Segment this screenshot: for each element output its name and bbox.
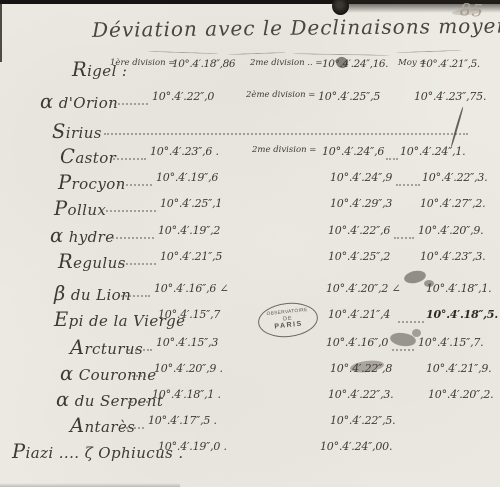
dotted-leader xyxy=(118,263,156,265)
division2-value: 10°.4′.25″,2 xyxy=(328,250,390,263)
dotted-leader xyxy=(398,321,424,323)
dotted-leader xyxy=(392,349,414,351)
star-name: α hydre xyxy=(50,224,115,247)
mean-value: 10°.4′.21″,9. xyxy=(426,362,491,375)
scan-edge-bottom xyxy=(0,483,180,487)
dotted-leader xyxy=(396,184,420,186)
division2-label: 2me division = xyxy=(252,145,316,155)
title-underline-flourish xyxy=(292,53,390,56)
star-name: Procyon xyxy=(58,171,126,194)
division1-value: 10°.4′.21″,5 xyxy=(160,250,222,263)
table-row: Antarès10°.4′.17″,5 .10°.4′.22″,5. xyxy=(0,414,500,438)
table-row: Sirius xyxy=(0,120,500,144)
mean-value: 10°.4′.21″,5. xyxy=(420,58,480,70)
table-row: Procyon10°.4′.19″,610°.4′.24″,910°.4′.22… xyxy=(0,171,500,195)
division1-value: 10°.4′.22″,0 xyxy=(152,90,214,103)
division2-value: 10°.4′.21″,4 xyxy=(328,308,390,321)
table-row: Regulus10°.4′.21″,510°.4′.25″,210°.4′.23… xyxy=(0,250,500,274)
table-row: Arcturus10°.4′.15″,310°.4′.16″,010°.4′.1… xyxy=(0,336,500,360)
mean-value: 10°.4′.27″,2. xyxy=(420,197,485,210)
table-row: α d'Orion10°.4′.22″,02ème division =10°.… xyxy=(0,90,500,114)
dotted-leader xyxy=(118,184,152,186)
mean-value: 10°.4′.18″,1. xyxy=(426,282,491,295)
ink-smudge xyxy=(424,280,434,287)
division1-value: 10°.4′.20″,9 . xyxy=(154,362,223,375)
dotted-leader xyxy=(112,237,154,239)
mean-value: 10°.4′.22″,3. xyxy=(422,171,487,184)
division1-value: 10°.4′.19″,2 xyxy=(158,224,220,237)
dotted-leader xyxy=(110,158,146,160)
table-row: Pollux10°.4′.25″,110°.4′.29″,310°.4′.27″… xyxy=(0,197,500,221)
scan-edge-left xyxy=(0,0,2,62)
dotted-leader xyxy=(128,349,152,351)
star-name: Regulus xyxy=(58,250,126,273)
title-underline-flourish xyxy=(396,50,462,53)
division2-value: 10°.4′.24″,6 xyxy=(322,145,384,158)
mean-value: 10°.4′.20″,9. xyxy=(418,224,483,237)
division2-value: 10°.4′.22″,3. xyxy=(328,388,393,401)
page-title: Déviation avec le Declinaisons moyenne xyxy=(92,14,452,42)
dotted-leader xyxy=(394,237,414,239)
mean-value: 10°.4′.23″,3. xyxy=(420,250,485,263)
division1-label: 1ère division = xyxy=(110,58,175,68)
star-name: α d'Orion xyxy=(40,90,118,113)
title-underline-flourish xyxy=(148,51,218,54)
table-row: Rigel :1ère division =10°.4′.18″,862me d… xyxy=(0,58,500,82)
division2-value: 10°.4′.25″,5 xyxy=(318,90,380,103)
star-name: Sirius xyxy=(52,120,102,143)
dotted-leader xyxy=(104,133,468,135)
division2-value: 10°.4′.22″,6 xyxy=(328,224,390,237)
division1-value: 10°.4′.17″,5 . xyxy=(148,414,217,427)
division1-value: 10°.4′.15″,3 xyxy=(156,336,218,349)
division2-value: 10°.4′.16″,0 xyxy=(326,336,388,349)
dotted-leader xyxy=(386,158,398,160)
division2-value: 10°.4′.29″,3 xyxy=(330,197,392,210)
division2-label: 2ème division = xyxy=(246,90,315,100)
mean-value: 10°.4′.15″,7. xyxy=(418,336,483,349)
table-row: α du Serpent10°.4′.18″,1 .10°.4′.22″,3.1… xyxy=(0,388,500,412)
division2-value: 10°.4′.24″,9 xyxy=(330,171,392,184)
division2-value: 10°.4′.24″,00. xyxy=(320,440,392,453)
division2-value: 10°.4′.24″,16. xyxy=(322,58,388,70)
dotted-leader xyxy=(122,427,144,429)
scanned-page: 85 Déviation avec le Declinaisons moyenn… xyxy=(0,0,500,487)
star-name: Antarès xyxy=(70,414,135,437)
division1-value: 10°.4′.15″,7 xyxy=(158,308,220,321)
division1-value: 10°.4′.18″,1 . xyxy=(152,388,221,401)
dotted-leader xyxy=(128,401,148,403)
star-name: Pollux xyxy=(54,197,106,220)
division1-value: 10°.4′.16″,6 ∠ xyxy=(154,282,229,295)
table-row: Castor10°.4′.23″,6 .2me division =10°.4′… xyxy=(0,145,500,169)
star-name: α du Serpent xyxy=(56,388,163,411)
mean-value: 10°.4′.20″,2. xyxy=(428,388,493,401)
dotted-leader xyxy=(110,103,148,105)
division2-value: 10°.4′.22″,5. xyxy=(330,414,395,427)
division1-value: 10°.4′.18″,86 xyxy=(172,58,235,70)
table-row: α Couronne10°.4′.20″,9 .10°.4′.22″,810°.… xyxy=(0,362,500,386)
division1-value: 10°.4′.25″,1 xyxy=(160,197,222,210)
division1-value: 10°.4′.19″,0 . xyxy=(158,440,227,453)
star-name: Castor xyxy=(60,145,116,168)
division2-label: 2me division .. = xyxy=(250,58,322,68)
dotted-leader xyxy=(132,375,150,377)
ink-smudge xyxy=(412,329,421,337)
table-row: α hydre10°.4′.19″,210°.4′.22″,610°.4′.20… xyxy=(0,224,500,248)
star-name: α Couronne xyxy=(60,362,157,385)
dotted-leader xyxy=(118,295,150,297)
star-name: Arcturus xyxy=(70,336,143,359)
dotted-leader xyxy=(106,210,156,212)
table-row: Piazi .... ζ Ophiucus .10°.4′.19″,0 .10°… xyxy=(0,440,500,464)
mean-value: 10°.4′.23″,75. xyxy=(414,90,486,103)
mean-value: 10°.4′.18″,5. xyxy=(426,308,498,321)
division1-value: 10°.4′.19″,6 xyxy=(156,171,218,184)
mean-value: 10°.4′.24″,1. xyxy=(400,145,465,158)
star-name: β du Lion xyxy=(54,282,131,305)
division2-value: 10°.4′.20″,2 ∠ xyxy=(326,282,401,295)
table-row: Epi de la Vierge10°.4′.15″,710°.4′.21″,4… xyxy=(0,308,500,332)
division1-value: 10°.4′.23″,6 . xyxy=(150,145,219,158)
title-underline-flourish xyxy=(228,52,286,55)
